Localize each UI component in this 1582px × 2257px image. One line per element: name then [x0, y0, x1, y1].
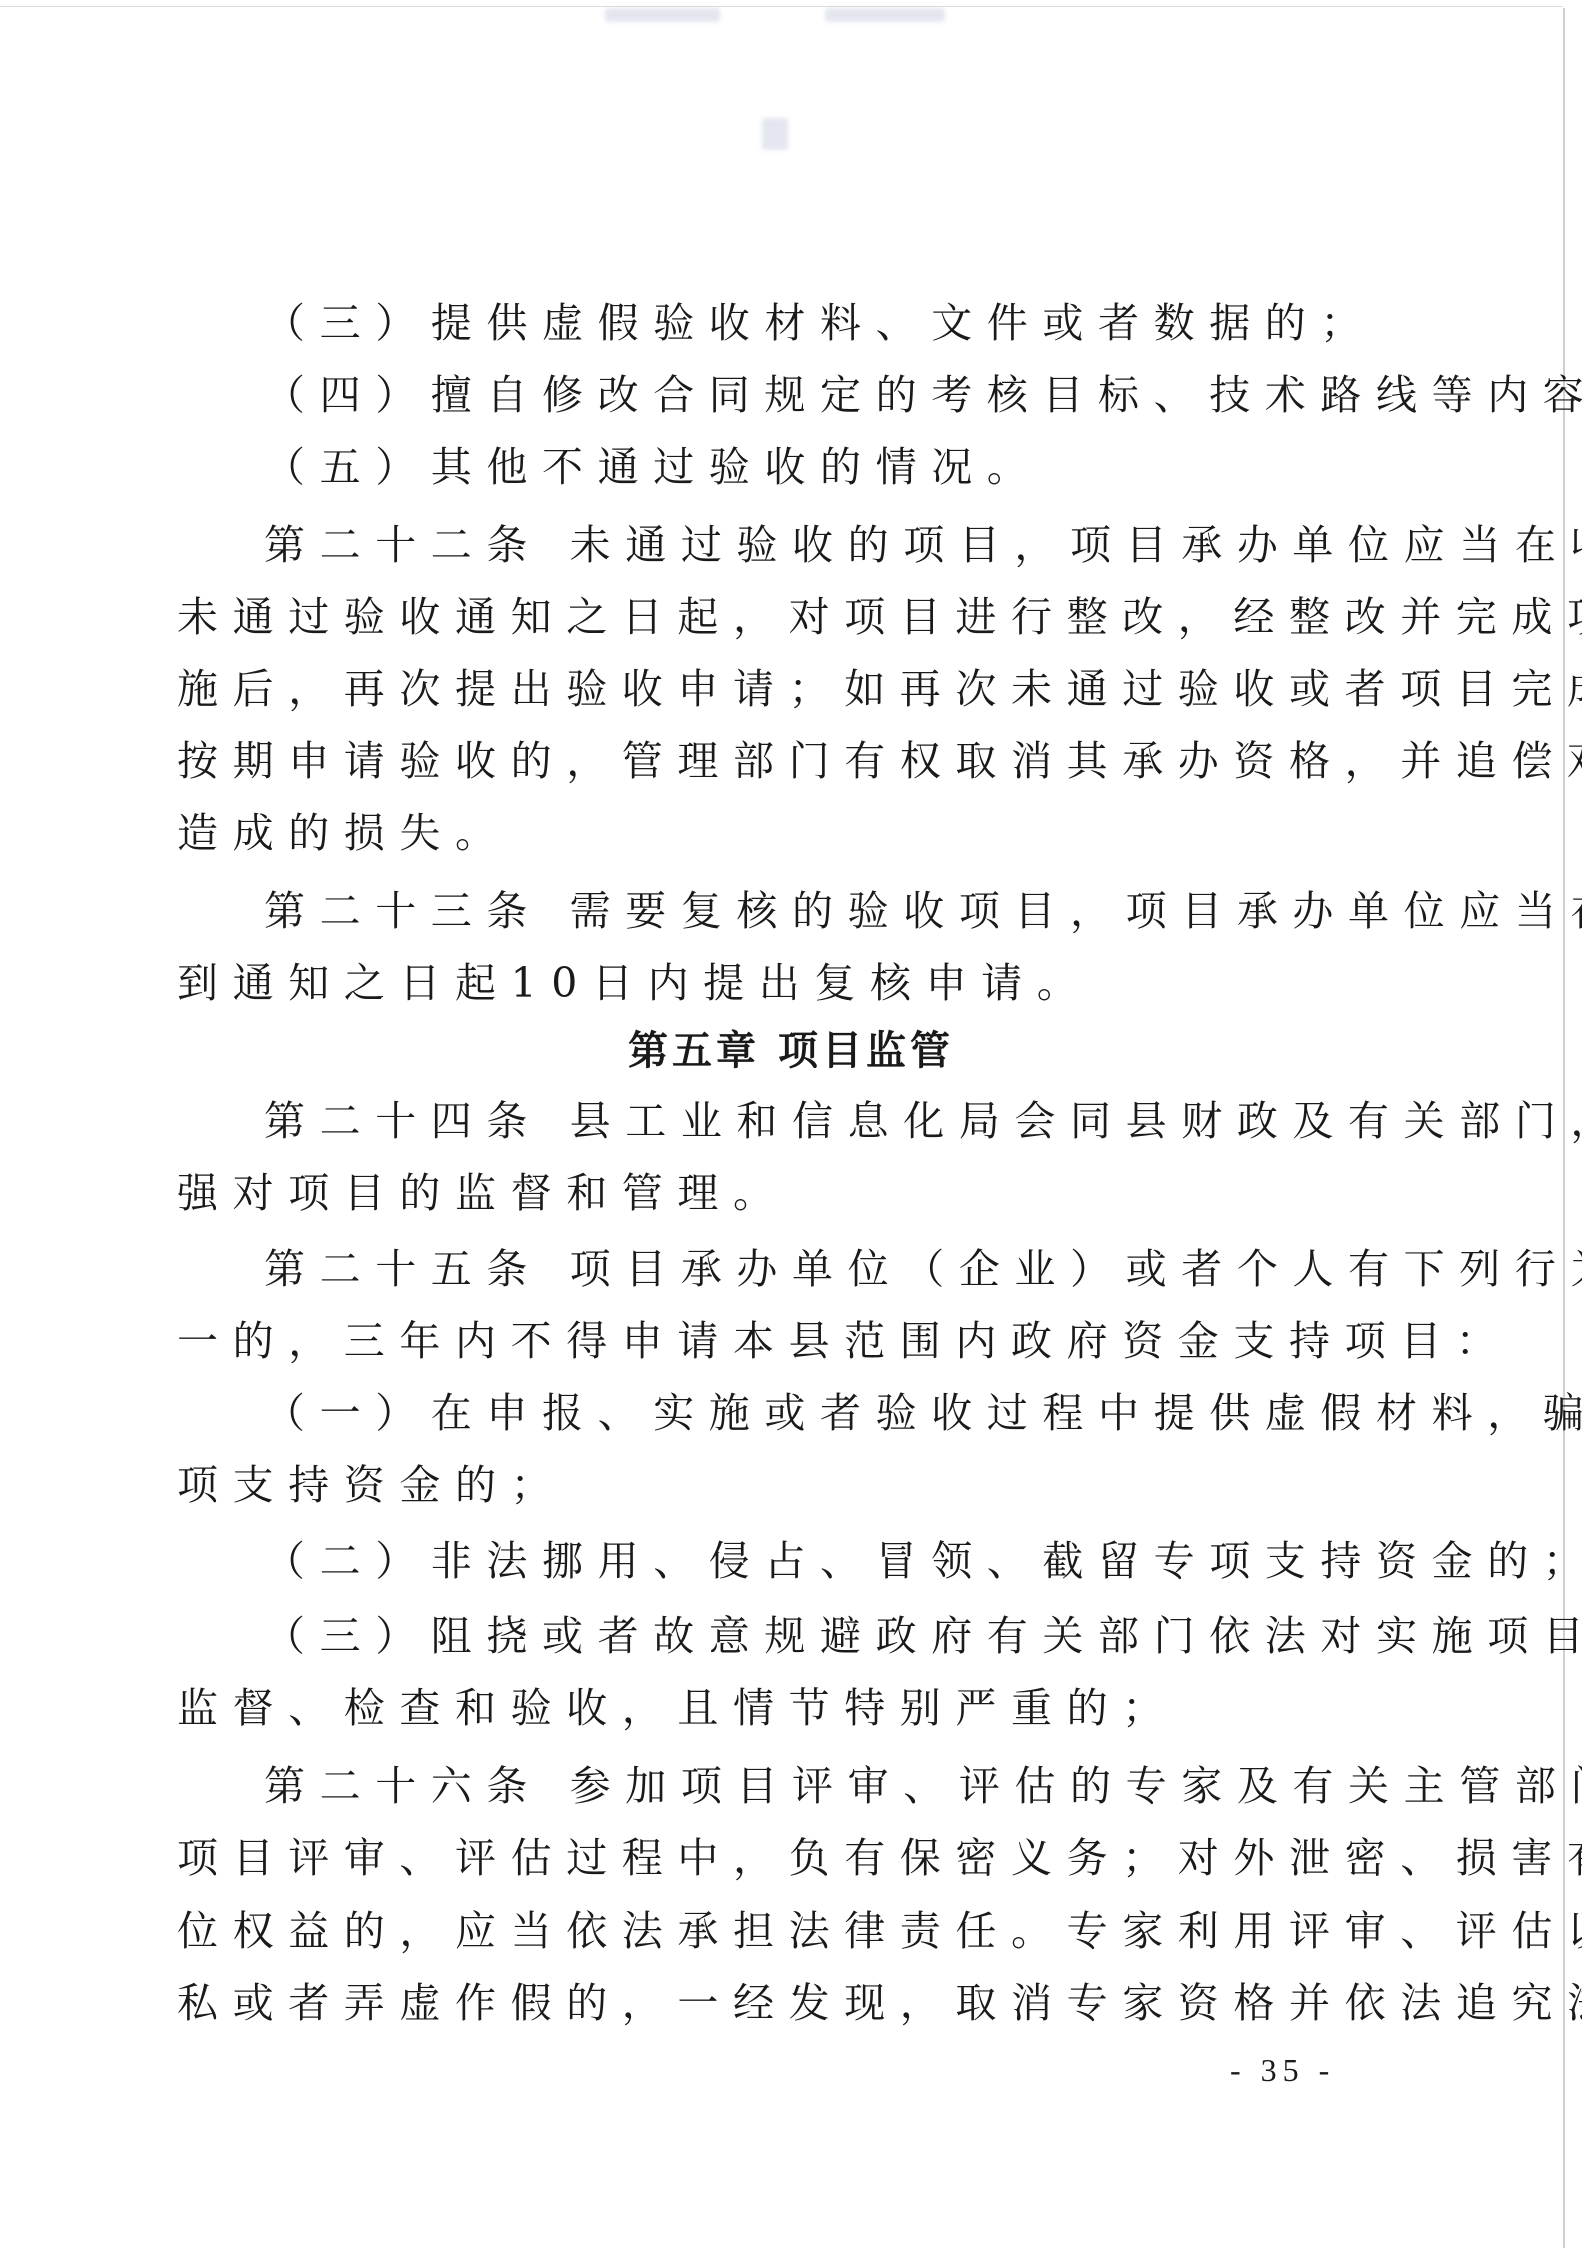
article-25-item-3-line-1: （三）阻挠或者故意规避政府有关部门依法对实施项目进行: [264, 1600, 1444, 1672]
article-23-line-1: 第二十三条 需要复核的验收项目，项目承办单位应当在接: [264, 875, 1444, 947]
page-number: - 35 -: [1230, 2052, 1335, 2089]
scan-artifact: [825, 8, 945, 22]
scan-edge-top: [0, 6, 1563, 7]
clause-item-4: （四）擅自修改合同规定的考核目标、技术路线等内容的；: [264, 359, 1444, 431]
scan-artifact: [762, 118, 788, 150]
article-26-line-4: 私或者弄虚作假的，一经发现，取消专家资格并依法追究法律责: [177, 1967, 1357, 2039]
article-25-line-1: 第二十五条 项目承办单位（企业）或者个人有下列行为之: [264, 1233, 1444, 1305]
scan-artifact: [605, 8, 720, 22]
article-25-item-3-line-2: 监督、检查和验收，且情节特别严重的；: [177, 1672, 1357, 1744]
article-24-line-2: 强对项目的监督和管理。: [177, 1157, 1357, 1229]
article-25-item-1-line-2: 项支持资金的；: [177, 1449, 1357, 1521]
article-25-item-2: （二）非法挪用、侵占、冒领、截留专项支持资金的；: [264, 1525, 1444, 1597]
article-26-line-2: 项目评审、评估过程中，负有保密义务；对外泄密、损害有关单: [177, 1822, 1357, 1894]
article-25-line-2: 一的，三年内不得申请本县范围内政府资金支持项目：: [177, 1305, 1357, 1377]
article-25-item-1-line-1: （一）在申报、实施或者验收过程中提供虚假材料，骗取专: [264, 1377, 1444, 1449]
clause-item-3: （三）提供虚假验收材料、文件或者数据的；: [264, 287, 1444, 359]
article-24-line-1: 第二十四条 县工业和信息化局会同县财政及有关部门，加: [264, 1085, 1444, 1157]
article-26-line-1: 第二十六条 参加项目评审、评估的专家及有关主管部门在: [264, 1750, 1444, 1822]
article-22-line-4: 按期申请验收的，管理部门有权取消其承办资格，并追偿对项目: [177, 725, 1357, 797]
document-page: （三）提供虚假验收材料、文件或者数据的； （四）擅自修改合同规定的考核目标、技术…: [0, 0, 1582, 2257]
article-22-line-2: 未通过验收通知之日起，对项目进行整改，经整改并完成项目实: [177, 581, 1357, 653]
clause-item-5: （五）其他不通过验收的情况。: [264, 431, 1444, 503]
article-22-line-3: 施后，再次提出验收申请；如再次未通过验收或者项目完成后不: [177, 653, 1357, 725]
article-22-line-5: 造成的损失。: [177, 797, 1357, 869]
article-26-line-3: 位权益的，应当依法承担法律责任。专家利用评审、评估以权谋: [177, 1895, 1357, 1967]
article-23-line-2: 到通知之日起10日内提出复核申请。: [177, 947, 1357, 1019]
article-22-line-1: 第二十二条 未通过验收的项目，项目承办单位应当在收到: [264, 509, 1444, 581]
chapter-heading: 第五章 项目监管: [0, 1015, 1582, 1087]
